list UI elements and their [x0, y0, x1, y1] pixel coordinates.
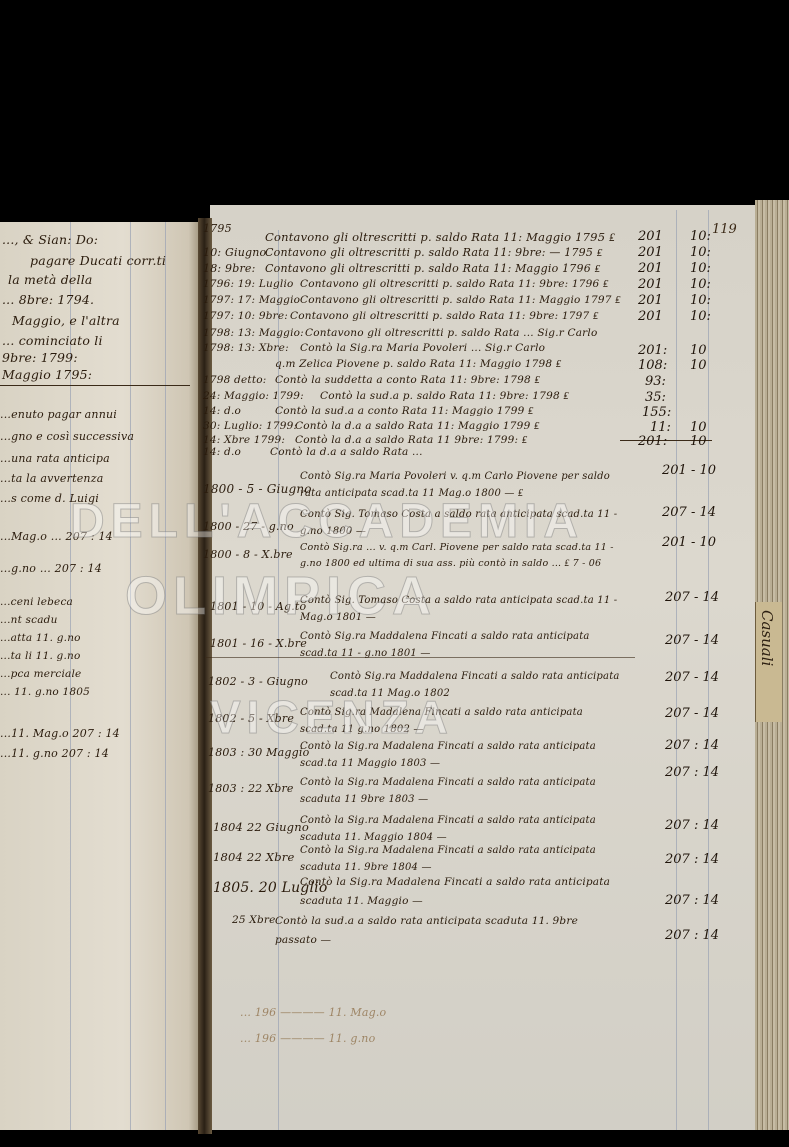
entry-date: 1802 - 3 - Giugno [208, 675, 308, 688]
watermark-line: OLIMPICA [125, 565, 437, 627]
entry-amount: 207 - 14 [665, 670, 719, 685]
entry-amount: 207 - 14 [665, 590, 719, 605]
watermark-line: VICENZA [210, 690, 454, 744]
entry-date: 18: 9bre: [203, 262, 256, 275]
left-rule-3 [165, 222, 166, 1130]
entry-amount: 207 : 14 [665, 928, 719, 943]
left-line: ... cominciato li [2, 333, 103, 348]
entry-text: Contò la Sig.ra Madalena Fincati a saldo… [300, 873, 620, 911]
entry-amount: 108: [638, 358, 667, 373]
entry-cents: 10: [690, 277, 711, 292]
left-line: ...enuto pagar annui [0, 408, 117, 421]
entry-text: Contò la Sig.ra Madalena Fincati a saldo… [300, 812, 620, 846]
entry-amount: 201 [638, 309, 663, 324]
entry-amount: 93: [645, 374, 666, 389]
entry-date: 1798: 13: Xbre: [203, 342, 289, 354]
entry-text: Contavono gli oltrescritti p. saldo Rata… [265, 262, 600, 275]
entry-text: Contavono gli oltrescritti p. saldo Rata… [305, 327, 597, 339]
entry-date: 10: Giugno [203, 246, 266, 259]
entry-amount: 207 : 14 [665, 765, 719, 780]
entry-text: Contò la sud.a a saldo rata anticipata s… [275, 912, 620, 950]
entry-date: 1796: 19: Luglio [203, 278, 294, 290]
left-line: 9bre: 1799: [2, 350, 78, 365]
entry-cents: 10: [690, 309, 711, 324]
left-line: la metà della [8, 272, 93, 287]
entry-date: 1797: 10: 9bre: [203, 310, 288, 322]
entry-amount: 201: [638, 343, 667, 358]
entry-cents: 10 [690, 434, 707, 449]
entry-text: Contò la d.a a saldo Rata 11 9bre: 1799:… [295, 434, 527, 446]
watermark-line: DELL'ACCADEMIA [70, 494, 584, 549]
entry-date: 1803 : 22 Xbre [208, 782, 294, 795]
entry-date: 25 Xbre [232, 914, 276, 926]
entry-amount: 155: [642, 405, 671, 420]
entry-date: 14: d.o [203, 446, 241, 458]
entry-amount: 201 - 10 [662, 535, 716, 550]
left-line: ...nt scadu [0, 614, 58, 626]
entry-cents: 10 [690, 358, 707, 373]
entry-amount: 201 - 10 [662, 463, 716, 478]
entry-text: Contò la d.a a saldo Rata ... [270, 446, 423, 458]
entry-amount: 207 - 14 [665, 706, 719, 721]
left-line: Maggio 1795: [2, 367, 92, 382]
entry-text: Contavono gli oltrescritti p. saldo Rata… [290, 310, 598, 322]
entry-text: q.m Zelica Piovene p. saldo Rata 11: Mag… [275, 358, 561, 370]
entry-text: Contavono gli oltrescritti p. saldo Rata… [265, 246, 602, 259]
entry-cents: 10: [690, 229, 711, 244]
entry-amount: 201: [638, 434, 667, 449]
folio-number: 119 [712, 222, 737, 237]
entry-amount: 207 - 14 [662, 505, 716, 520]
entry-text: Contavono gli oltrescritti p. saldo Rata… [300, 294, 621, 306]
entry-amount: 201 [638, 261, 663, 276]
entry-date: 1804 22 Giugno [213, 820, 309, 834]
entry-date: 1803 : 30 Maggio [208, 746, 309, 759]
bleed-through-line: ... 196 ———— 11. g.no [240, 1032, 375, 1045]
left-line: ...ta li 11. g.no [0, 650, 80, 662]
entry-amount: 35: [645, 390, 666, 405]
left-line: ... 8bre: 1794. [2, 292, 94, 307]
entry-cents: 10: [690, 261, 711, 276]
left-line: ... 11. g.no 1805 [0, 686, 90, 698]
entry-text: Contò la Sig.ra Maria Povoleri ... Sig.r… [300, 342, 545, 354]
entry-text: Contò la Sig.ra Madalena Fincati a saldo… [300, 842, 620, 876]
left-line: ...atta 11. g.no [0, 632, 81, 644]
entry-text: Contò la sud.a p. saldo Rata 11: 9bre: 1… [320, 390, 569, 402]
entry-amount: 207 : 14 [665, 738, 719, 753]
left-line: Maggio, e l'altra [12, 313, 120, 328]
entry-cents: 10: [690, 245, 711, 260]
entry-text: Contavono gli oltrescritti p. saldo Rata… [300, 278, 608, 290]
entry-text: Contò la suddetta a conto Rata 11: 9bre:… [275, 374, 540, 386]
left-line: ...11. Mag.o 207 : 14 [0, 727, 120, 740]
entry-date: 14: Xbre 1799: [203, 434, 285, 446]
entry-date: 24: Maggio: 1799: [203, 390, 304, 402]
left-line: ...g.no ... 207 : 14 [0, 562, 102, 575]
left-line: pagare Ducati corr.ti [30, 253, 166, 268]
entry-amount: 207 : 14 [665, 852, 719, 867]
entry-amount: 201 [638, 229, 663, 244]
ledger-photo: Casuali ..., & Sian: Do: pagare Ducati c… [0, 0, 789, 1147]
entry-amount: 207 : 14 [665, 893, 719, 908]
entry-text: Contavono gli oltrescritti p. saldo Rata… [265, 230, 615, 244]
entry-date: 1801 - 16 - X.bre [210, 637, 307, 650]
entry-date: 1798: 13: Maggio: [203, 327, 304, 339]
bleed-through-line: ... 196 ———— 11. Mag.o [240, 1006, 386, 1019]
entry-cents: 10: [690, 293, 711, 308]
left-line: ...ta la avvertenza [0, 472, 103, 485]
entry-text: Contò Sig.ra Maddalena Fincati a saldo r… [300, 628, 620, 662]
left-line: ...una rata anticipa [0, 452, 110, 465]
left-line: ...11. g.no 207 : 14 [0, 747, 109, 760]
left-line: ...ceni lebeca [0, 596, 73, 608]
left-line: ...gno e così successiva [0, 430, 134, 443]
entry-text: Contò la sud.a a conto Rata 11: Maggio 1… [275, 405, 533, 417]
entry-date: 30: Luglio: 1799: [203, 420, 297, 432]
entry-date: 1798 detto: [203, 374, 267, 386]
entry-date: 1804 22 Xbre [213, 850, 294, 864]
entry-cents: 10 [690, 420, 707, 435]
entry-text: Contò la d.a a saldo Rata 11: Maggio 179… [295, 420, 539, 432]
entry-amount: 207 - 14 [665, 633, 719, 648]
left-line: ...pca merciale [0, 668, 81, 680]
entry-date: 14: d.o [203, 405, 241, 417]
entry-amount: 201 [638, 293, 663, 308]
entry-text: Contò la Sig.ra Madalena Fincati a saldo… [300, 774, 620, 808]
left-rule-2 [130, 222, 131, 1130]
entry-date: 1797: 17: Maggio [203, 294, 300, 306]
entry-date: 1795 [203, 222, 232, 235]
left-section-divider [0, 385, 190, 386]
entry-amount: 201 [638, 277, 663, 292]
entry-amount: 201 [638, 245, 663, 260]
entry-cents: 10 [690, 343, 707, 358]
entry-amount: 207 : 14 [665, 818, 719, 833]
entry-amount: 11: [650, 420, 671, 435]
entry-date: 1800 - 8 - X.bre [203, 548, 293, 561]
left-line: ..., & Sian: Do: [2, 232, 98, 247]
index-tab-label: Casuali [758, 610, 776, 666]
